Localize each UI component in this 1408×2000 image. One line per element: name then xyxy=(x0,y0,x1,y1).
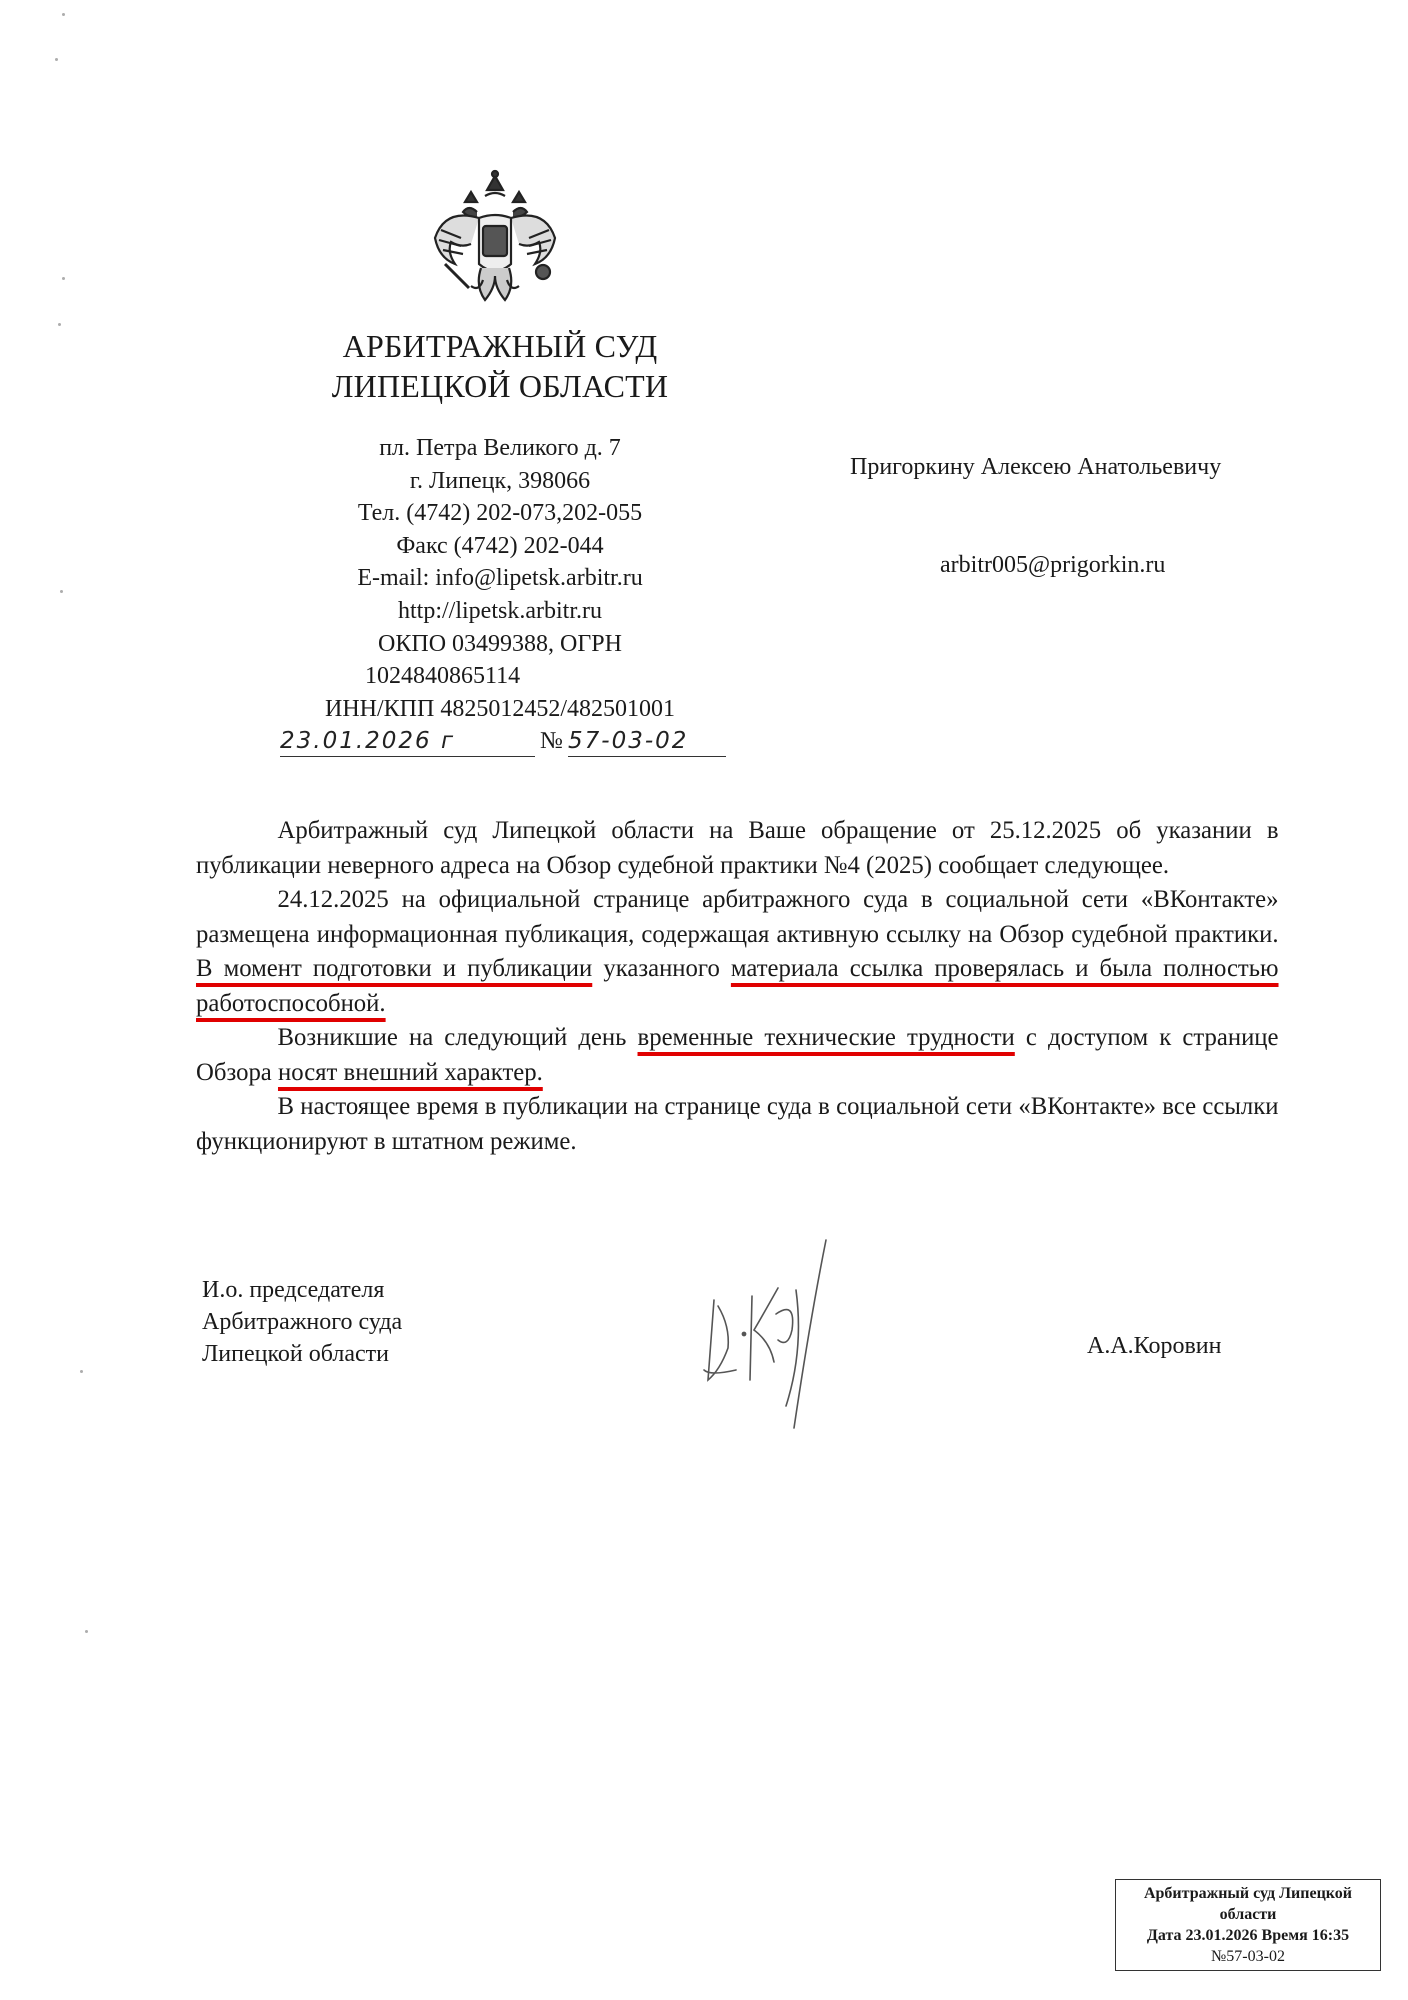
letter-body: Арбитражный суд Липецкой области на Ваше… xyxy=(196,813,1279,1158)
signatory-name: А.А.Коровин xyxy=(1087,1333,1222,1360)
registration-date: 23.01.2026 г xyxy=(280,728,535,757)
fax: Факс (4742) 202-044 xyxy=(270,530,730,563)
signatory-title-line: Арбитражного суда xyxy=(202,1306,402,1338)
scan-speck xyxy=(80,1370,83,1373)
paragraph-2: 24.12.2025 на официальной странице арбит… xyxy=(196,882,1279,1020)
scan-speck xyxy=(58,323,61,326)
scan-speck xyxy=(55,58,58,61)
recipient-email: arbitr005@prigorkin.ru xyxy=(940,552,1165,579)
court-title-line: ЛИПЕЦКОЙ ОБЛАСТИ xyxy=(300,366,700,406)
signatory-title: И.о. председателя Арбитражного суда Липе… xyxy=(202,1274,402,1370)
ogrn-number: 1024840865114 xyxy=(270,660,730,693)
paragraph-4: В настоящее время в публикации на страни… xyxy=(196,1089,1279,1158)
address-city: г. Липецк, 398066 xyxy=(270,465,730,498)
sender-address-block: пл. Петра Великого д. 7 г. Липецк, 39806… xyxy=(270,432,730,725)
text-span: 24.12.2025 на официальной странице арбит… xyxy=(196,884,1279,948)
scan-speck xyxy=(85,1630,88,1633)
red-underlined-text: временные технические трудности xyxy=(638,1022,1015,1051)
signatory-title-line: И.о. председателя xyxy=(202,1274,402,1306)
email: E-mail: info@lipetsk.arbitr.ru xyxy=(270,562,730,595)
registration-stamp: Арбитражный суд Липецкой области Дата 23… xyxy=(1115,1879,1381,1971)
text-span: указанного xyxy=(592,953,731,982)
scan-speck xyxy=(60,590,63,593)
text-span: Возникшие на следующий день xyxy=(277,1022,637,1051)
registration-line: 23.01.2026 г № 57-03-02 xyxy=(278,728,728,764)
court-title: АРБИТРАЖНЫЙ СУД ЛИПЕЦКОЙ ОБЛАСТИ xyxy=(300,326,700,406)
inn-kpp: ИНН/КПП 4825012452/482501001 xyxy=(270,693,730,726)
stamp-line: Арбитражный суд Липецкой xyxy=(1116,1883,1380,1904)
signatory-title-line: Липецкой области xyxy=(202,1338,402,1370)
coat-of-arms-icon xyxy=(425,168,565,318)
handwritten-signature-icon xyxy=(700,1230,870,1430)
stamp-line: Дата 23.01.2026 Время 16:35 xyxy=(1116,1925,1380,1946)
stamp-line: области xyxy=(1116,1904,1380,1925)
phone: Тел. (4742) 202-073,202-055 xyxy=(270,497,730,530)
recipient-name: Пригоркину Алексею Анатольевичу xyxy=(850,454,1221,481)
registration-number-label: № xyxy=(540,728,563,755)
address-street: пл. Петра Великого д. 7 xyxy=(270,432,730,465)
stamp-line: №57-03-02 xyxy=(1116,1946,1380,1967)
red-underlined-text: носят внешний характер. xyxy=(278,1057,543,1086)
scan-speck xyxy=(62,13,65,16)
okpo-ogrn: ОКПО 03499388, ОГРН xyxy=(270,628,730,661)
red-underlined-text: В момент подготовки и публикации xyxy=(196,953,592,982)
paragraph-3: Возникшие на следующий день временные те… xyxy=(196,1020,1279,1089)
website: http://lipetsk.arbitr.ru xyxy=(270,595,730,628)
court-title-line: АРБИТРАЖНЫЙ СУД xyxy=(300,326,700,366)
scan-speck xyxy=(62,277,65,280)
registration-number: 57-03-02 xyxy=(568,728,726,757)
paragraph-1: Арбитражный суд Липецкой области на Ваше… xyxy=(196,813,1279,882)
